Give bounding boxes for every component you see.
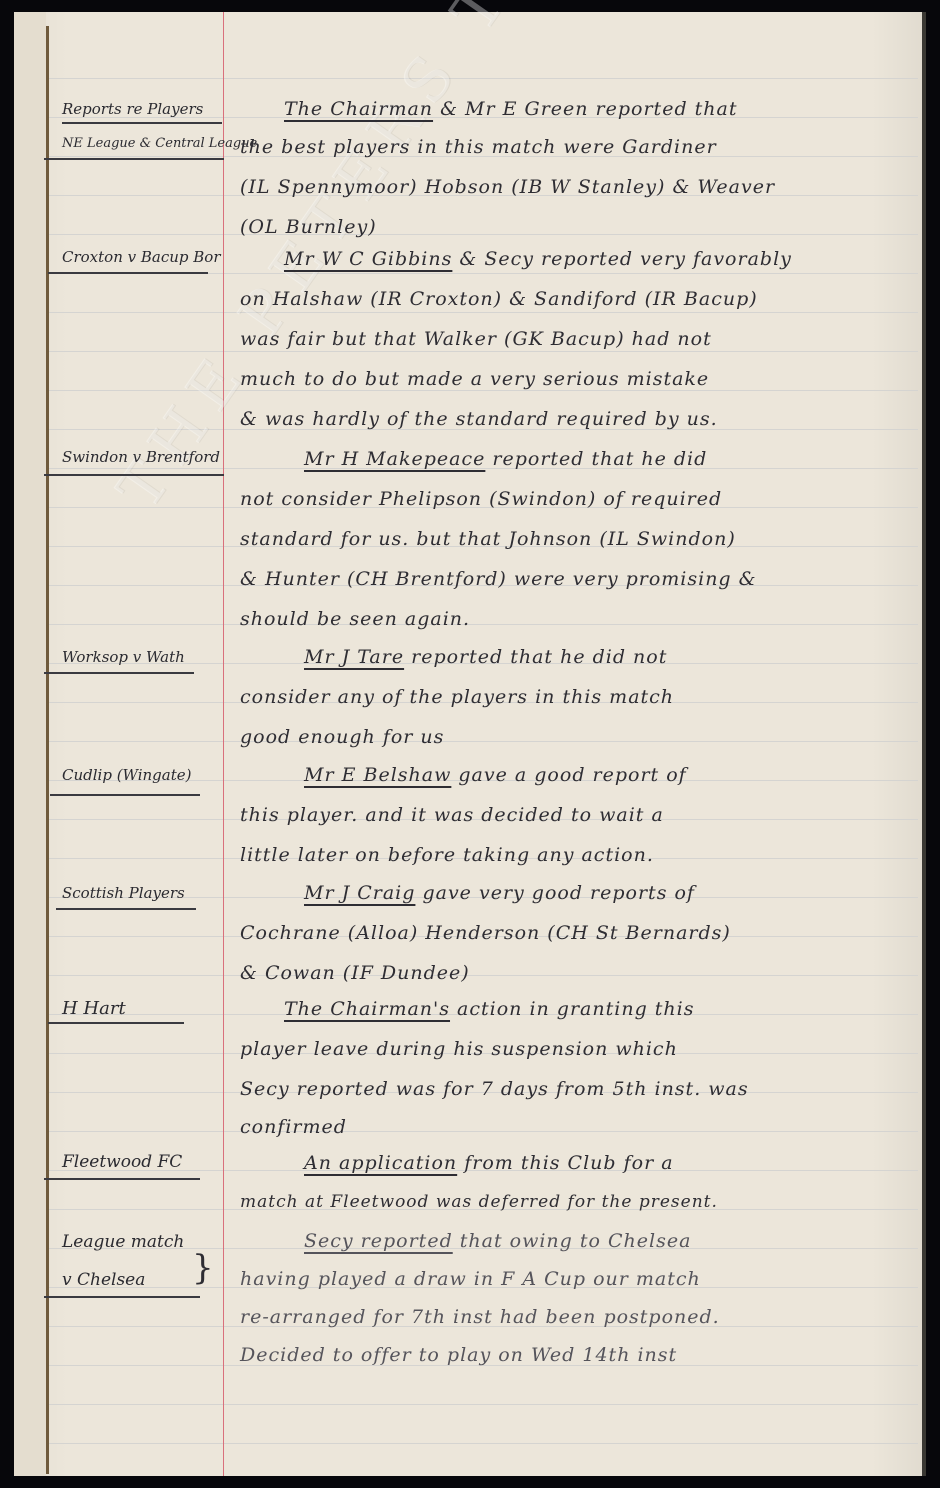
heading-underline [44,1296,200,1298]
entry-line: (IL Spennymoor) Hobson (IB W Stanley) & … [240,176,775,198]
entry-line: little later on before taking any action… [240,844,654,866]
entry-line: An application from this Club for a [304,1152,674,1174]
ruled-line [49,351,918,352]
entry-heading-leagues: NE League & Central League [62,136,232,151]
entry-line: Mr E Belshaw gave a good report of [304,764,687,786]
ruled-line [49,1443,918,1444]
margin-rule [223,12,224,1476]
ruled-line [49,1131,918,1132]
entry-line: Secy reported that owing to Chelsea [304,1230,691,1252]
entry-heading-croxton: Croxton v Bacup Bor [62,248,232,266]
ruled-line [49,624,918,625]
ruled-line [49,390,918,391]
entry-heading-worksop: Worksop v Wath [62,648,232,666]
heading-underline [44,474,224,476]
heading-underline [62,122,222,124]
entry-line: & was hardly of the standard required by… [240,408,718,430]
heading-underline [56,908,196,910]
binding-edge [46,26,49,1474]
entry-line: (OL Burnley) [240,216,377,238]
brace-icon: } [192,1248,215,1288]
entry-line: standard for us. but that Johnson (IL Sw… [240,528,736,550]
entry-heading-cudlip: Cudlip (Wingate) [62,766,232,784]
entry-line: on Halshaw (IR Croxton) & Sandiford (IR … [240,288,758,310]
entry-line: not consider Phelipson (Swindon) of requ… [240,488,722,510]
entry-line: The Chairman & Mr E Green reported that [284,98,737,120]
entry-line: this player. and it was decided to wait … [240,804,664,826]
entry-line: having played a draw in F A Cup our matc… [240,1268,701,1290]
entry-line: Secy reported was for 7 days from 5th in… [240,1078,749,1100]
ruled-line [49,741,918,742]
entry-line: player leave during his suspension which [240,1038,678,1060]
entry-line: consider any of the players in this matc… [240,686,674,708]
ruled-line [49,975,918,976]
entry-line: much to do but made a very serious mista… [240,368,709,390]
heading-underline [44,158,224,160]
entry-heading-scottish: Scottish Players [62,884,232,902]
entry-line: Mr W C Gibbins & Secy reported very favo… [284,248,792,270]
entry-line: the best players in this match were Gard… [240,136,717,158]
entry-heading-reports: Reports re Players [62,100,232,118]
entry-heading-fleetwood: Fleetwood FC [62,1152,232,1172]
entry-line: & Hunter (CH Brentford) were very promis… [240,568,757,590]
entry-line: Cochrane (Alloa) Henderson (CH St Bernar… [240,922,731,944]
minute-book-page: THE PETERS TRUST · CHARITABLE TRUST Repo… [14,12,926,1476]
entry-line: confirmed [240,1116,347,1138]
entry-line: good enough for us [240,726,444,748]
entry-heading-swindon: Swindon v Brentford [62,448,232,466]
entry-line: Mr J Tare reported that he did not [304,646,667,668]
ruled-line [49,312,918,313]
heading-underline [44,1178,200,1180]
entry-line: & Cowan (IF Dundee) [240,962,470,984]
entry-line: re-arranged for 7th inst had been postpo… [240,1306,720,1328]
heading-underline [48,272,208,274]
entry-line: Mr J Craig gave very good reports of [304,882,695,904]
ruled-line [49,1404,918,1405]
entry-line: Mr H Makepeace reported that he did [304,448,707,470]
entry-line: was fair but that Walker (GK Bacup) had … [240,328,712,350]
ruled-line [49,234,918,235]
entry-heading-h-hart: H Hart [62,998,232,1019]
entry-line: Decided to offer to play on Wed 14th ins… [240,1344,677,1366]
heading-underline [50,794,200,796]
entry-line: match at Fleetwood was deferred for the … [240,1192,718,1212]
page-edge [922,12,926,1476]
page-gutter [14,12,46,1476]
heading-underline [48,1022,184,1024]
entry-line: The Chairman's action in granting this [284,998,694,1020]
heading-underline [44,672,194,674]
ruled-line [49,78,918,79]
entry-line: should be seen again. [240,608,470,630]
